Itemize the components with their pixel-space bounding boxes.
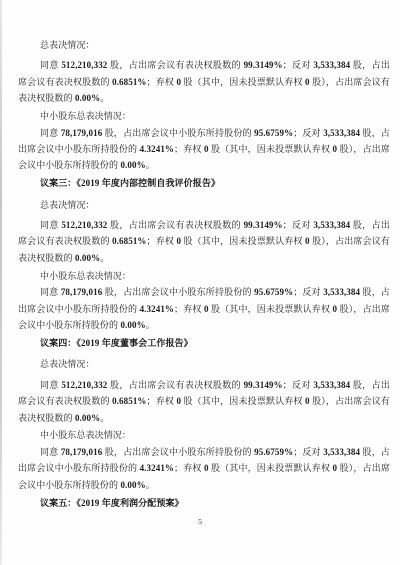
total-vote-paragraph: 同意 512,210,332 股，占出席会议有表决权股数的 99.3149%；反… [18,57,390,106]
proposal-3-heading: 议案三：《2019 年度内部控制自我评价报告》 [18,175,390,191]
total-vote-label: 总表决情况： [18,37,390,53]
minority-vote-paragraph: 同意 78,179,016 股，占出席会议中小股东所持股份的 95.6759%；… [18,444,390,493]
total-vote-label: 总表决情况： [18,197,390,213]
scan-edge-artifact [0,0,2,565]
minority-vote-label: 中小股东总表决情况： [18,268,390,284]
total-vote-paragraph: 同意 512,210,332 股，占出席会议有表决权股数的 99.3149%；反… [18,217,390,266]
total-vote-label: 总表决情况： [18,356,390,372]
page-number: 5 [0,517,400,526]
proposal-5-heading: 议案五：《2019 年度利润分配预案》 [18,495,390,511]
minority-vote-label: 中小股东总表决情况： [18,427,390,443]
document-page: 总表决情况： 同意 512,210,332 股，占出席会议有表决权股数的 99.… [0,0,400,565]
total-vote-paragraph: 同意 512,210,332 股，占出席会议有表决权股数的 99.3149%；反… [18,377,390,426]
minority-vote-paragraph: 同意 78,179,016 股，占出席会议中小股东所持股份的 95.6759%；… [18,125,390,174]
minority-vote-paragraph: 同意 78,179,016 股，占出席会议中小股东所持股份的 95.6759%；… [18,284,390,333]
page-content: 总表决情况： 同意 512,210,332 股，占出席会议有表决权股数的 99.… [18,37,390,516]
proposal-4-heading: 议案四：《2019 年度董事会工作报告》 [18,335,390,351]
minority-vote-label: 中小股东总表决情况： [18,108,390,124]
